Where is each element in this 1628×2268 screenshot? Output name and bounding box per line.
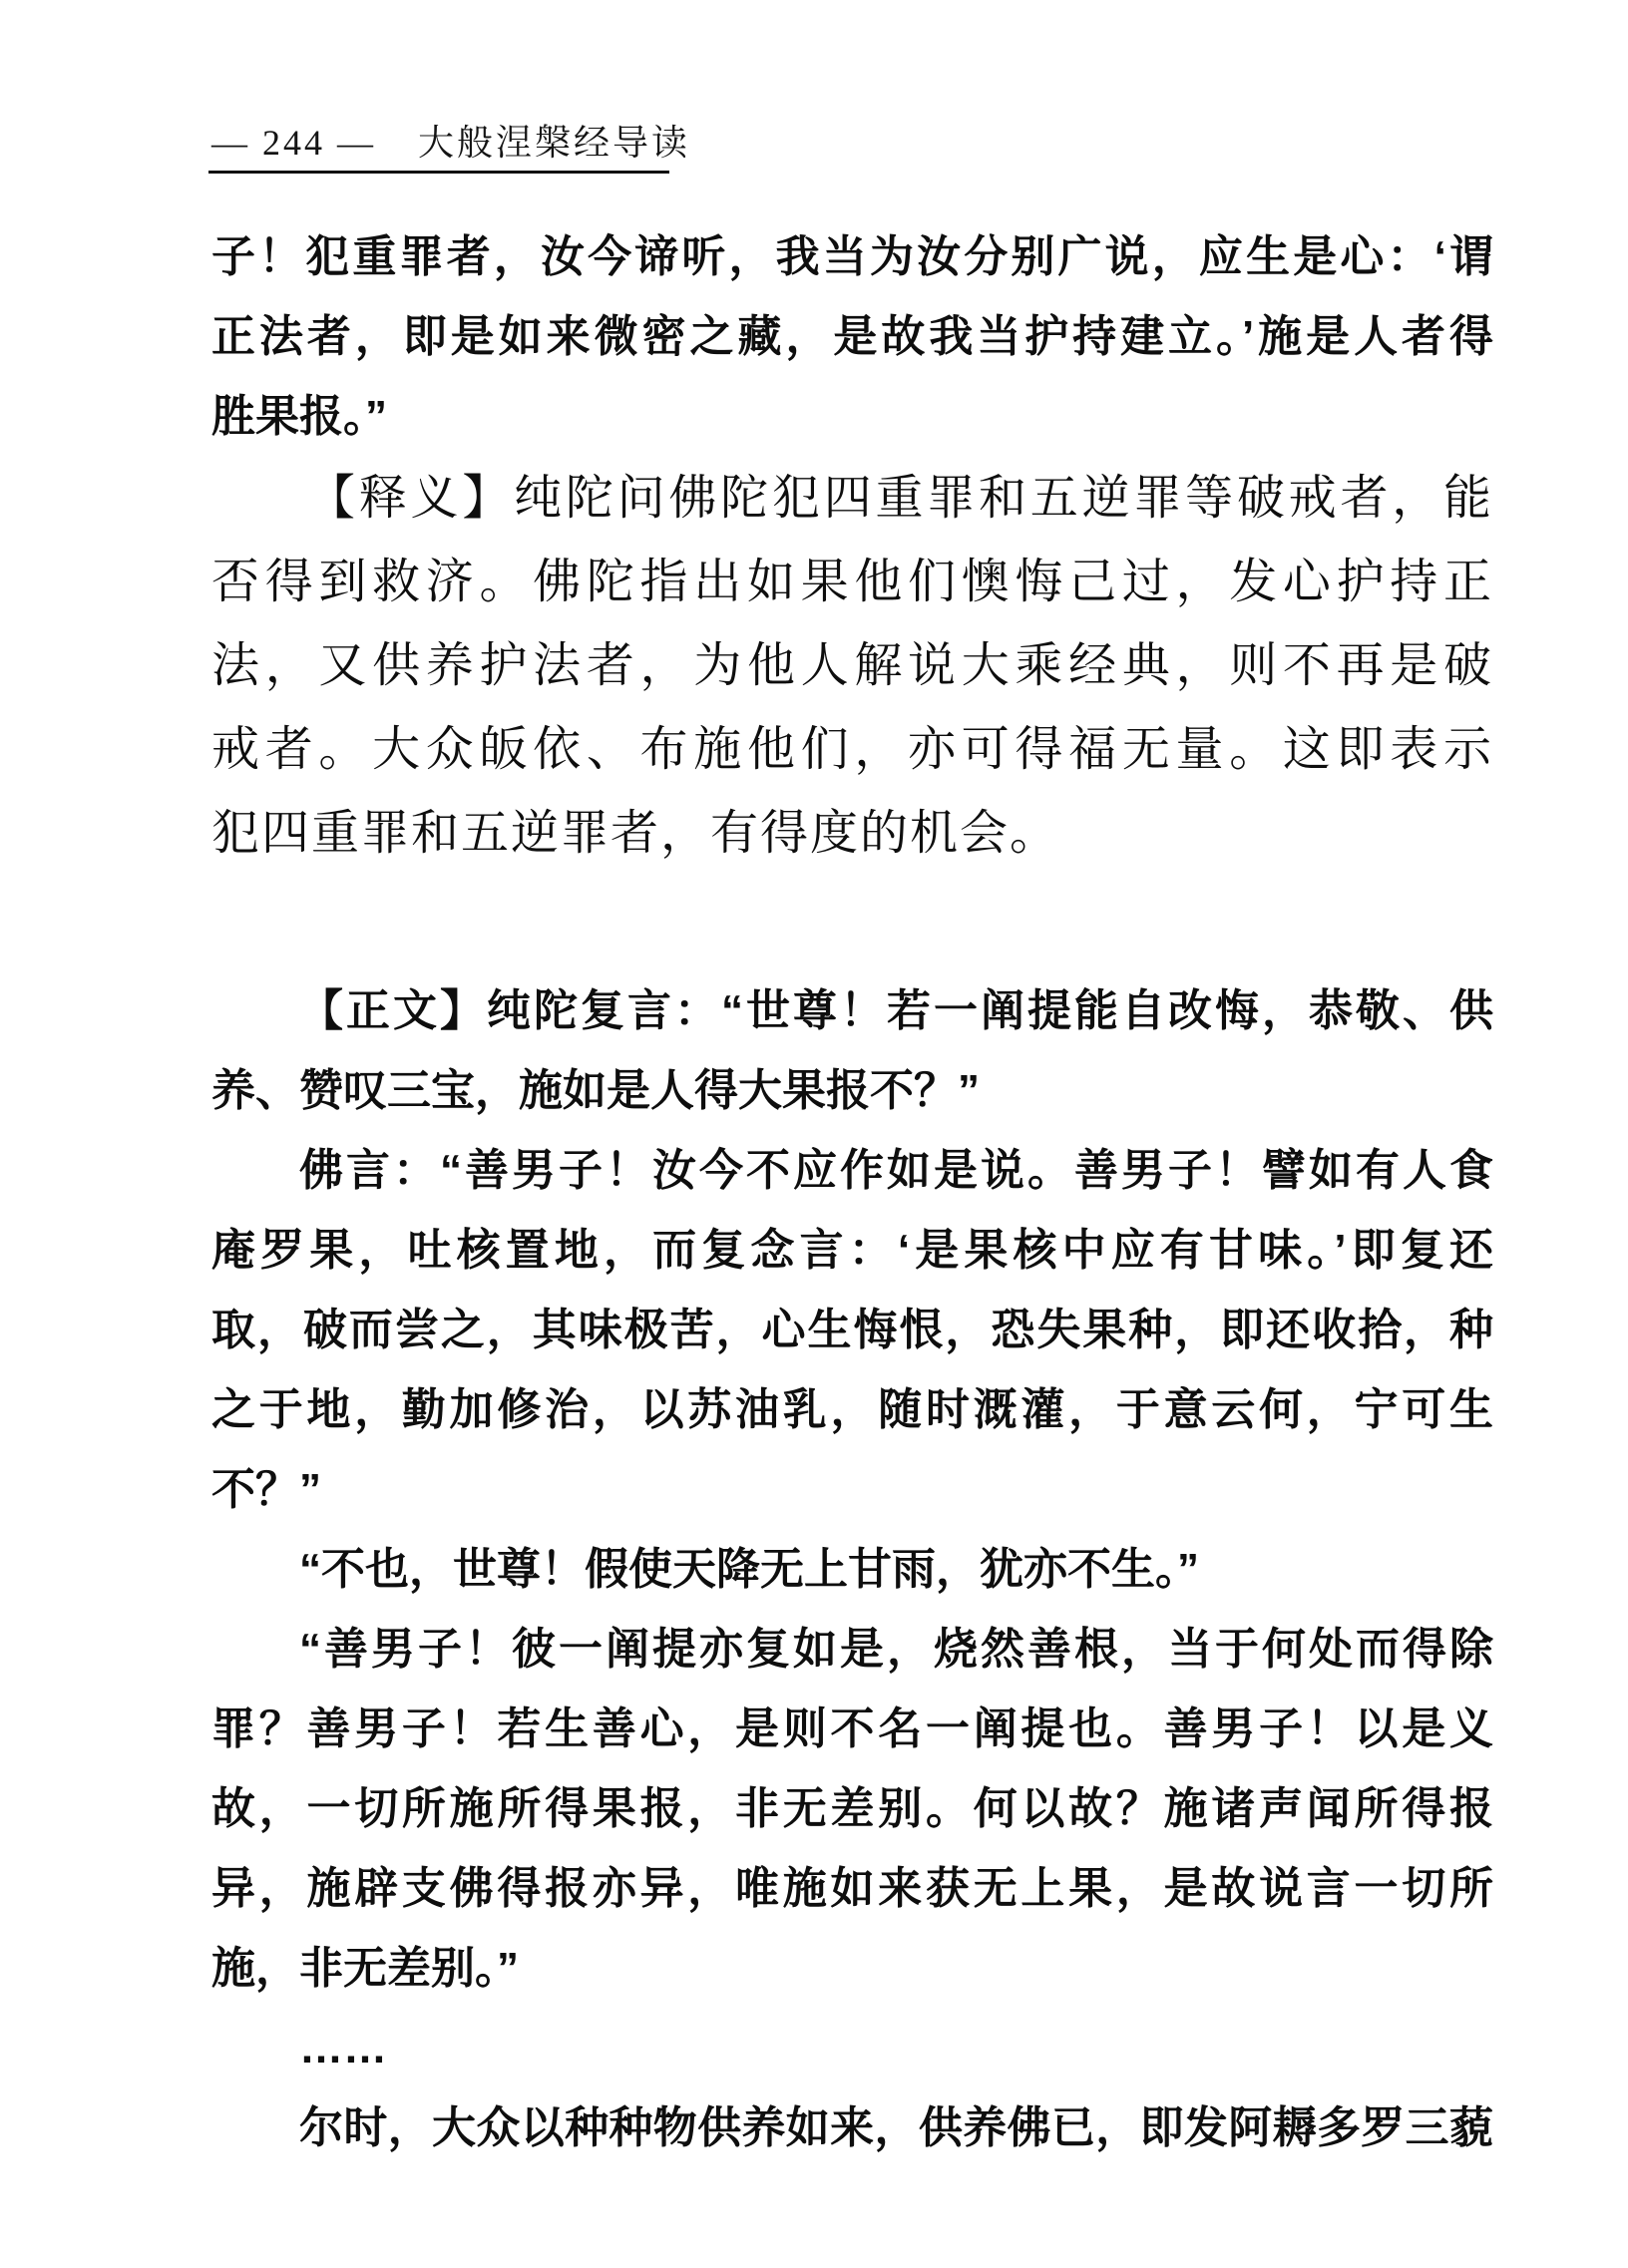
book-title: 大般涅槃经导读 — [418, 123, 690, 163]
text-line: 佛言：“善男子！汝今不应作如是说。善男子！譬如有人食 — [211, 1131, 1493, 1211]
ellipsis-line: …… — [211, 2009, 1493, 2088]
text-line: 养、赞叹三宝，施如是人得大果报不？” — [211, 1051, 1493, 1131]
section-gap — [211, 876, 1493, 971]
text-line: 胜果报。” — [211, 377, 1493, 457]
header-rule — [208, 171, 669, 174]
text-line: 否得到救济。佛陀指出如果他们懊悔己过，发心护持正 — [211, 541, 1493, 624]
text-line: 罪？善男子！若生善心，是则不名一阐提也。善男子！以是义 — [211, 1690, 1493, 1769]
text-line: 【正文】纯陀复言：“世尊！若一阐提能自改悔，恭敬、供 — [211, 971, 1493, 1051]
text-line: 法，又供养护法者，为他人解说大乘经典，则不再是破 — [211, 624, 1493, 708]
text-line: 子！犯重罪者，汝今谛听，我当为汝分别广说，应生是心：‘谓 — [211, 217, 1493, 297]
page-number: — 244 — — [211, 123, 376, 163]
paragraph-exegesis: 【释义】纯陀问佛陀犯四重罪和五逆罪等破戒者，能 否得到救济。佛陀指出如果他们懊悔… — [211, 457, 1493, 876]
text-line: 施，非无差别。” — [211, 1929, 1493, 2009]
page-header: — 244 —大般涅槃经导读 — [211, 120, 690, 166]
text-line: 犯四重罪和五逆罪者，有得度的机会。 — [211, 792, 1493, 876]
book-page: — 244 —大般涅槃经导读 子！犯重罪者，汝今谛听，我当为汝分别广说，应生是心… — [0, 0, 1628, 2268]
paragraph-scripture-continuation: 子！犯重罪者，汝今谛听，我当为汝分别广说，应生是心：‘谓 正法者，即是如来微密之… — [211, 217, 1493, 457]
text-column: 子！犯重罪者，汝今谛听，我当为汝分别广说，应生是心：‘谓 正法者，即是如来微密之… — [211, 217, 1493, 2168]
paragraph-main-text: 【正文】纯陀复言：“世尊！若一阐提能自改悔，恭敬、供 养、赞叹三宝，施如是人得大… — [211, 971, 1493, 2168]
text-line: 尔时，大众以种种物供养如来，供养佛已，即发阿耨多罗三藐 — [211, 2088, 1493, 2168]
text-line: 戒者。大众皈依、布施他们，亦可得福无量。这即表示 — [211, 708, 1493, 792]
text-line: 故，一切所施所得果报，非无差别。何以故？施诸声闻所得报 — [211, 1769, 1493, 1849]
text-line: “善男子！彼一阐提亦复如是，烧然善根，当于何处而得除 — [211, 1610, 1493, 1690]
text-line: 之于地，勤加修治，以苏油乳，随时溉灌，于意云何，宁可生 — [211, 1370, 1493, 1450]
text-line: “不也，世尊！假使天降无上甘雨，犹亦不生。” — [211, 1530, 1493, 1610]
text-line: 取，破而尝之，其味极苦，心生悔恨，恐失果种，即还收拾，种 — [211, 1291, 1493, 1370]
text-line: 不？” — [211, 1450, 1493, 1530]
text-line: 【释义】纯陀问佛陀犯四重罪和五逆罪等破戒者，能 — [211, 457, 1493, 541]
text-line: 异，施辟支佛得报亦异，唯施如来获无上果，是故说言一切所 — [211, 1849, 1493, 1929]
text-line: 庵罗果，吐核置地，而复念言：‘是果核中应有甘味。’即复还 — [211, 1211, 1493, 1291]
text-line: 正法者，即是如来微密之藏，是故我当护持建立。’施是人者得 — [211, 297, 1493, 377]
